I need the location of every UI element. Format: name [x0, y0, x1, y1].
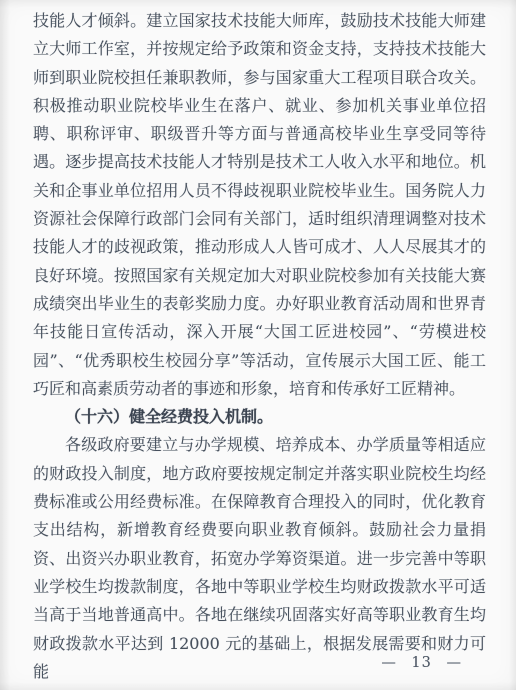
text-line: 年技能日宣传活动，深入开展“大国工匠进校园”、“劳模进校: [33, 318, 486, 346]
text-line: 遇。逐步提高技术技能人才特别是技术工人收入水平和地位。机: [33, 148, 486, 176]
page-number: — 13 —: [381, 655, 462, 671]
text-line: 资、出资兴办职业教育，拓宽办学筹资渠道。进一步完善中等职: [33, 545, 486, 573]
text-line: 业学校生均拨款制度，各地中等职业学校生均财政拨款水平可适: [33, 573, 486, 601]
text-line: 各级政府要建立与办学规模、培养成本、办学质量等相适应: [33, 431, 486, 459]
text-line: 立大师工作室，并按规定给予政策和资金支持，支持技术技能大: [33, 35, 486, 63]
text-line: 当高于当地普通高中。各地在继续巩固落实好高等职业教育生均: [33, 601, 486, 629]
text-line: 积极推动职业院校毕业生在落户、就业、参加机关事业单位招: [33, 92, 486, 120]
document-page: 技能人才倾斜。建立国家技术技能大师库，鼓励技术技能大师建 立大师工作室，并按规定…: [0, 0, 516, 690]
text-line: 巧匠和高素质劳动者的事迹和形象，培育和传承好工匠精神。: [33, 375, 486, 403]
paragraph-section: 各级政府要建立与办学规模、培养成本、办学质量等相适应 的财政投入制度，地方政府要…: [33, 431, 486, 686]
text-line: 园”、“优秀职校生校园分享”等活动，宣传展示大国工匠、能工: [33, 347, 486, 375]
section-heading: （十六）健全经费投入机制。: [33, 403, 486, 431]
text-line: 的财政投入制度，地方政府要按规定制定并落实职业院校生均经: [33, 460, 486, 488]
text-line: 师到职业院校担任兼职教师，参与国家重大工程项目联合攻关。: [33, 64, 486, 92]
text-line: 支出结构，新增教育经费要向职业教育倾斜。鼓励社会力量捐: [33, 516, 486, 544]
text-line: 成绩突出毕业生的表彰奖励力度。办好职业教育活动周和世界青: [33, 290, 486, 318]
text-line: 良好环境。按照国家有关规定加大对职业院校参加有关技能大赛: [33, 262, 486, 290]
text-line: 聘、职称评审、职级晋升等方面与普通高校毕业生享受同等待: [33, 120, 486, 148]
text-line: 关和企事业单位招用人员不得歧视职业院校毕业生。国务院人力: [33, 177, 486, 205]
text-line: 技能人才倾斜。建立国家技术技能大师库，鼓励技术技能大师建: [33, 7, 486, 35]
text-line: 资源社会保障行政部门会同有关部门，适时组织清理调整对技术: [33, 205, 486, 233]
text-line: 费标准或公用经费标准。在保障教育合理投入的同时，优化教育: [33, 488, 486, 516]
text-line: 技能人才的歧视政策，推动形成人人皆可成才、人人尽展其才的: [33, 233, 486, 261]
document-text: 技能人才倾斜。建立国家技术技能大师库，鼓励技术技能大师建 立大师工作室，并按规定…: [33, 7, 486, 686]
paragraph-continuation: 技能人才倾斜。建立国家技术技能大师库，鼓励技术技能大师建 立大师工作室，并按规定…: [33, 7, 486, 403]
